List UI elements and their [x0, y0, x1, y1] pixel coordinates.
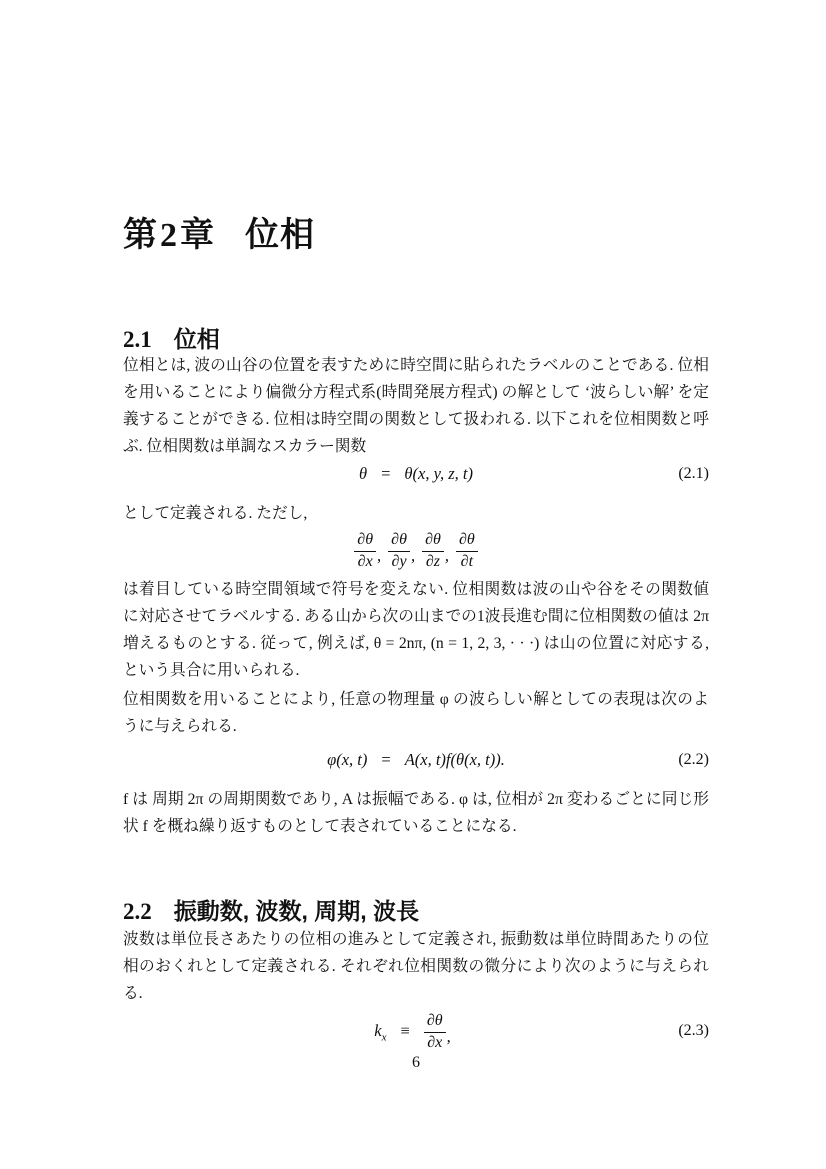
paragraph-wavenumber-frequency: 波数は単位長さあたりの位相の進みとして定義され, 振動数は単位時間あたりの位相の…	[123, 926, 709, 1007]
eq1-rhs: θ(x, y, z, t)	[404, 464, 473, 483]
section-title: 位相	[174, 326, 220, 352]
eq1-relation: =	[381, 464, 390, 483]
chapter-label-post: 章	[180, 216, 215, 254]
eq2-lhs: φ(x, t)	[327, 750, 367, 769]
fraction-dtheta-dt: ∂θ∂t	[456, 531, 478, 571]
chapter-label-pre: 第	[123, 216, 158, 254]
chapter-title: 位相	[245, 216, 315, 254]
separator-comma: ,	[445, 534, 449, 578]
fraction-dtheta-dy: ∂θ∂y	[388, 531, 410, 571]
eq2-relation: =	[381, 750, 390, 769]
section-title: 振動数, 波数, 周期, 波長	[174, 898, 419, 924]
eq3-subscript: x	[382, 1031, 387, 1043]
equation-number-2-3: (2.3)	[678, 1023, 709, 1039]
paragraph-periodic-function: f は 周期 2π の周期関数であり, A は振幅である. φ は, 位相が 2…	[123, 786, 709, 840]
equation-2-3-body: kx≡∂θ∂x,	[374, 1021, 457, 1040]
document-page: 第2章位相 2.1位相 位相とは, 波の山谷の位置を表すために時空間に貼られたラ…	[0, 0, 826, 1169]
paragraph-phase-intro: 位相とは, 波の山谷の位置を表すために時空間に貼られたラベルのことである. 位相…	[123, 352, 709, 460]
paragraph-wavelike-expression: 位相関数を用いることにより, 任意の物理量 φ の波らしい解としての表現は次のよ…	[123, 686, 709, 740]
eq2-rhs: A(x, t)f(θ(x, t)).	[405, 750, 505, 769]
equation-partial-derivatives: ∂θ∂x,∂θ∂y,∂θ∂z,∂θ∂t	[123, 528, 709, 572]
equation-2-1-body: θ=θ(x, y, z, t)	[359, 464, 473, 483]
section-heading-2-2: 2.2振動数, 波数, 周期, 波長	[123, 897, 709, 926]
section-number: 2.2	[123, 899, 152, 924]
equation-2-3: kx≡∂θ∂x, (2.3)	[123, 1008, 709, 1054]
fraction-dtheta-dx: ∂θ∂x	[354, 531, 376, 571]
paragraph-phase-labels: は着目している時空間領域で符号を変えない. 位相関数は波の山や谷をその関数値に対…	[123, 576, 709, 684]
equation-2-2-body: φ(x, t)=A(x, t)f(θ(x, t)).	[327, 750, 505, 769]
equation-2-2: φ(x, t)=A(x, t)f(θ(x, t)). (2.2)	[123, 744, 709, 776]
fraction-dtheta-dx: ∂θ∂x	[424, 1012, 446, 1052]
paragraph-after-eq1: として定義される. ただし,	[123, 500, 709, 527]
fraction-dtheta-dz: ∂θ∂z	[422, 531, 444, 571]
separator-comma: ,	[377, 534, 381, 578]
section-number: 2.1	[123, 327, 152, 352]
eq1-lhs: θ	[359, 464, 367, 483]
eq3-lhs: kx	[374, 1021, 386, 1040]
equation-number-2-1: (2.1)	[678, 466, 709, 482]
equation-number-2-2: (2.2)	[678, 752, 709, 768]
eq3-relation: ≡	[401, 1021, 410, 1040]
chapter-heading: 第2章位相	[123, 215, 709, 257]
partials-body: ∂θ∂x,∂θ∂y,∂θ∂z,∂θ∂t	[354, 540, 477, 559]
separator-comma: ,	[411, 534, 415, 578]
section-heading-2-1: 2.1位相	[123, 325, 709, 354]
page-number: 6	[123, 1054, 709, 1072]
chapter-number: 2	[158, 217, 180, 254]
equation-2-1: θ=θ(x, y, z, t) (2.1)	[123, 458, 709, 490]
